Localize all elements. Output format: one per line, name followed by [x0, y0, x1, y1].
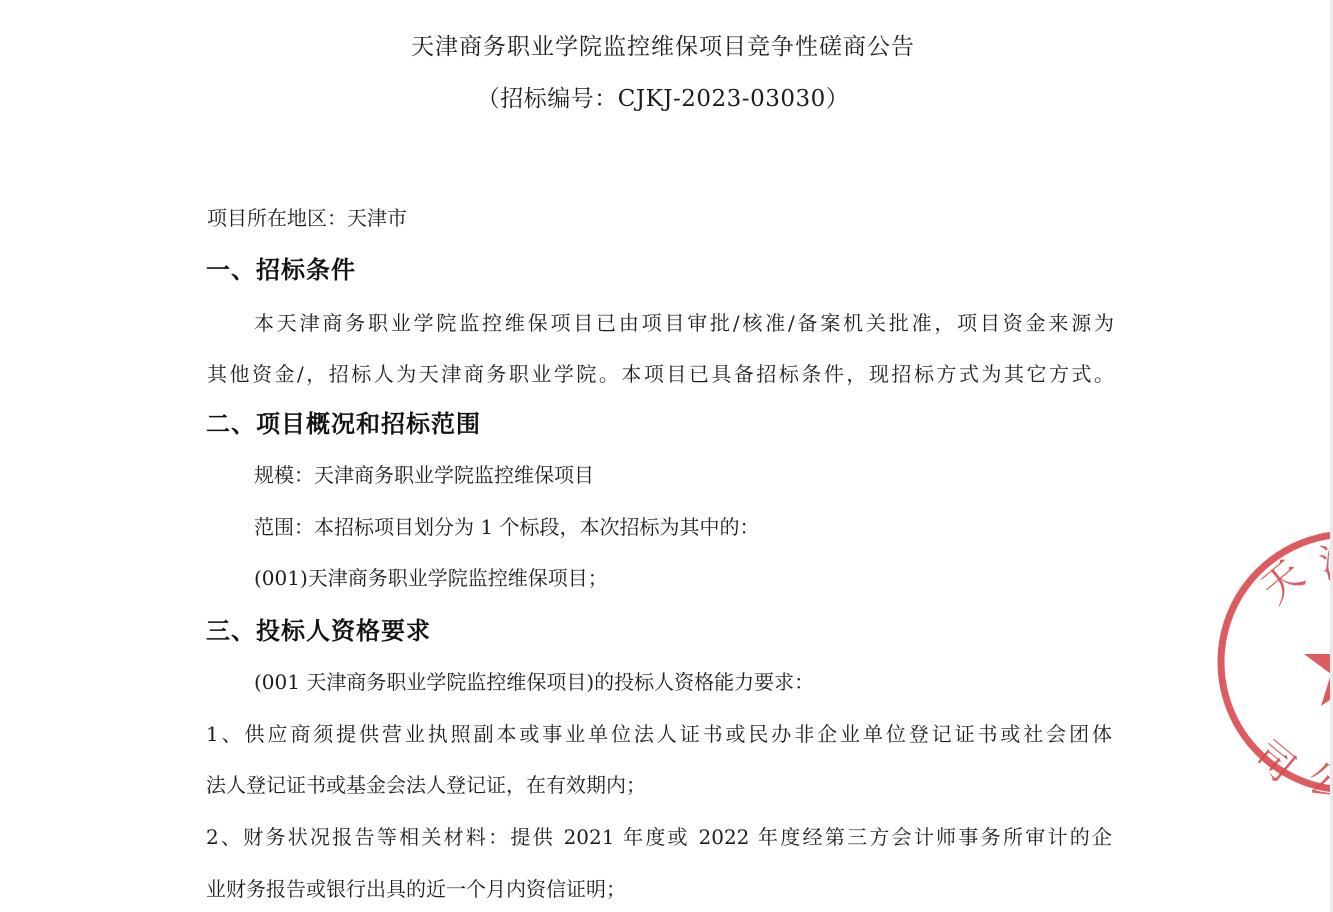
- official-seal: 天 津 司 公: [1214, 527, 1333, 797]
- section-1-paragraph-line-2: 其他资金/，招标人为天津商务职业学院。本项目已具备招标条件，现招标方式为其它方式…: [207, 358, 1114, 387]
- qualification-intro: (001 天津商务职业学院监控维保项目)的投标人资格能力要求：: [254, 666, 814, 695]
- section-heading-3: 三、投标人资格要求: [206, 611, 431, 646]
- section-1-paragraph-line-1: 本天津商务职业学院监控维保项目已由项目审批/核准/备案机关批准，项目资金来源为: [254, 307, 1114, 336]
- scope-line: 范围：本招标项目划分为 1 个标段，本次招标为其中的：: [254, 511, 759, 540]
- requirement-1-line-1: 1、供应商须提供营业执照副本或事业单位法人证书或民办非企业单位登记证书或社会团体: [206, 718, 1112, 747]
- project-region: 项目所在地区：天津市: [207, 202, 407, 231]
- scale-line: 规模：天津商务职业学院监控维保项目: [254, 459, 594, 488]
- svg-text:公: 公: [1304, 755, 1333, 797]
- requirement-2-line-2: 业财务报告或银行出具的近一个月内资信证明；: [206, 873, 626, 902]
- svg-text:天: 天: [1253, 552, 1313, 613]
- paragraph-text: 1、供应商须提供营业执照副本或事业单位法人证书或民办非企业单位登记证书或社会团体: [206, 718, 1112, 747]
- paragraph-text: 2、财务状况报告等相关材料：提供 2021 年度或 2022 年度经第三方会计师…: [206, 821, 1112, 850]
- requirement-2-line-1: 2、财务状况报告等相关材料：提供 2021 年度或 2022 年度经第三方会计师…: [206, 821, 1112, 850]
- seal-stamp-icon: 天 津 司 公: [1214, 527, 1333, 797]
- section-heading-1: 一、招标条件: [206, 250, 356, 285]
- document-title: 天津商务职业学院监控维保项目竞争性磋商公告: [0, 28, 1326, 61]
- paragraph-text: 本天津商务职业学院监控维保项目已由项目审批/核准/备案机关批准，项目资金来源为: [254, 307, 1114, 336]
- document-page: 天津商务职业学院监控维保项目竞争性磋商公告 （招标编号：CJKJ-2023-03…: [0, 0, 1333, 912]
- seal-star-icon: [1304, 622, 1333, 706]
- requirement-1-line-2: 法人登记证书或基金会法人登记证，在有效期内；: [206, 769, 646, 798]
- lot-line: (001)天津商务职业学院监控维保项目；: [254, 562, 608, 591]
- tender-number: （招标编号：CJKJ-2023-03030）: [0, 80, 1326, 113]
- section-heading-2: 二、项目概况和招标范围: [206, 404, 481, 439]
- paragraph-text: 其他资金/，招标人为天津商务职业学院。本项目已具备招标条件，现招标方式为其它方式…: [207, 358, 1114, 387]
